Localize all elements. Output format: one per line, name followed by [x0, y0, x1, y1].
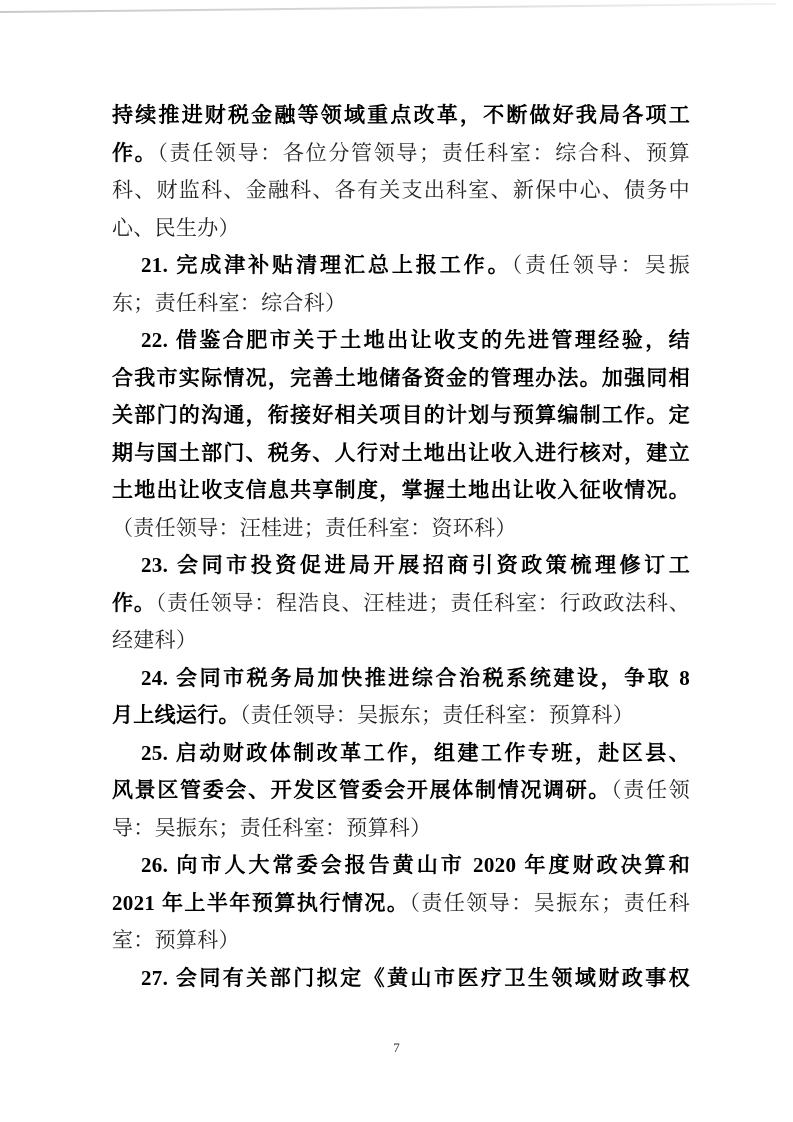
- text-run: 合我市实际情况，完善土地储备资金的管理办法。加强同相: [112, 366, 690, 390]
- text-line: 23. 会同市投资促进局开展招商引资政策梳理修订工: [112, 547, 690, 585]
- text-run: （责任领导：吴振东；责任科室：预算科）: [240, 703, 634, 727]
- text-run: 作。: [112, 141, 157, 165]
- text-line: 月上线运行。（责任领导：吴振东；责任科室：预算科）: [112, 697, 690, 735]
- text-line: 2021 年上半年预算执行情况。（责任领导：吴振东；责任科: [112, 885, 690, 923]
- text-run: （责任领导：汪桂进；责任科室：资环科）: [112, 516, 517, 540]
- text-run: 关部门的沟通，衔接好相关项目的计划与预算编制工作。定: [112, 403, 690, 427]
- text-run: 土地出让收支信息共享制度，掌握土地出让收入征收情况。: [112, 478, 690, 502]
- text-line: （责任领导：汪桂进；责任科室：资环科）: [112, 510, 690, 548]
- text-run: 27. 会同有关部门拟定《黄山市医疗卫生领域财政事权: [141, 966, 690, 990]
- text-run: （责任领导：各位分管领导；责任科室：综合科、预算: [157, 141, 690, 165]
- page-number: 7: [0, 1040, 793, 1056]
- text-line: 导：吴振东；责任科室：预算科）: [112, 810, 690, 848]
- text-line: 25. 启动财政体制改革工作，组建工作专班，赴区县、: [112, 735, 690, 773]
- text-line: 作。（责任领导：各位分管领导；责任科室：综合科、预算: [112, 135, 690, 173]
- text-line: 关部门的沟通，衔接好相关项目的计划与预算编制工作。定: [112, 397, 690, 435]
- text-run: 导：吴振东；责任科室：预算科）: [112, 816, 432, 840]
- text-run: 24. 会同市税务局加快推进综合治税系统建设，争取 8: [141, 666, 690, 690]
- text-run: （责任领导：吴振东；责任科: [409, 891, 690, 915]
- text-run: （责任领导：程浩良、汪桂进；责任科室：行政政法科、: [156, 591, 690, 615]
- text-line: 21. 完成津补贴清理汇总上报工作。（责任领导：吴振: [112, 247, 690, 285]
- text-line: 心、民生办）: [112, 210, 690, 248]
- text-run: （责任领导：吴振: [512, 253, 690, 277]
- text-line: 期与国土部门、税务、人行对土地出让收入进行核对，建立: [112, 435, 690, 473]
- text-line: 东；责任科室：综合科）: [112, 285, 690, 323]
- scan-artifact-line: [0, 3, 776, 13]
- text-run: 风景区管委会、开发区管委会开展体制情况调研。: [112, 778, 611, 802]
- document-page: 持续推进财税金融等领域重点改革，不断做好我局各项工作。（责任领导：各位分管领导；…: [0, 0, 793, 1122]
- text-run: 23. 会同市投资促进局开展招商引资政策梳理修订工: [141, 553, 690, 577]
- text-line: 经建科）: [112, 622, 690, 660]
- text-run: （责任领: [611, 778, 690, 802]
- text-run: 26. 向市人大常委会报告黄山市 2020 年度财政决算和: [141, 853, 690, 877]
- text-run: 作。: [112, 591, 156, 615]
- text-line: 27. 会同有关部门拟定《黄山市医疗卫生领域财政事权: [112, 960, 690, 998]
- text-line: 作。（责任领导：程浩良、汪桂进；责任科室：行政政法科、: [112, 585, 690, 623]
- text-run: 月上线运行。: [112, 703, 240, 727]
- text-run: 经建科）: [112, 628, 197, 652]
- text-run: 25. 启动财政体制改革工作，组建工作专班，赴区县、: [141, 741, 690, 765]
- text-run: 科、财监科、金融科、各有关支出科室、新保中心、债务中: [112, 178, 690, 202]
- text-line: 持续推进财税金融等领域重点改革，不断做好我局各项工: [112, 97, 690, 135]
- text-line: 22. 借鉴合肥市关于土地出让收支的先进管理经验，结: [112, 322, 690, 360]
- text-line: 26. 向市人大常委会报告黄山市 2020 年度财政决算和: [112, 847, 690, 885]
- document-body: 持续推进财税金融等领域重点改革，不断做好我局各项工作。（责任领导：各位分管领导；…: [112, 97, 690, 997]
- text-run: 室：预算科）: [112, 928, 240, 952]
- text-run: 期与国土部门、税务、人行对土地出让收入进行核对，建立: [112, 441, 690, 465]
- text-run: 22. 借鉴合肥市关于土地出让收支的先进管理经验，结: [141, 328, 690, 352]
- text-run: 东；责任科室：综合科）: [112, 291, 346, 315]
- text-run: 心、民生办）: [112, 216, 240, 240]
- text-line: 室：预算科）: [112, 922, 690, 960]
- text-line: 24. 会同市税务局加快推进综合治税系统建设，争取 8: [112, 660, 690, 698]
- text-line: 土地出让收支信息共享制度，掌握土地出让收入征收情况。: [112, 472, 690, 510]
- text-run: 2021 年上半年预算执行情况。: [112, 891, 409, 915]
- text-run: 21. 完成津补贴清理汇总上报工作。: [141, 253, 512, 277]
- text-line: 科、财监科、金融科、各有关支出科室、新保中心、债务中: [112, 172, 690, 210]
- text-line: 合我市实际情况，完善土地储备资金的管理办法。加强同相: [112, 360, 690, 398]
- text-line: 风景区管委会、开发区管委会开展体制情况调研。（责任领: [112, 772, 690, 810]
- text-run: 持续推进财税金融等领域重点改革，不断做好我局各项工: [112, 103, 690, 127]
